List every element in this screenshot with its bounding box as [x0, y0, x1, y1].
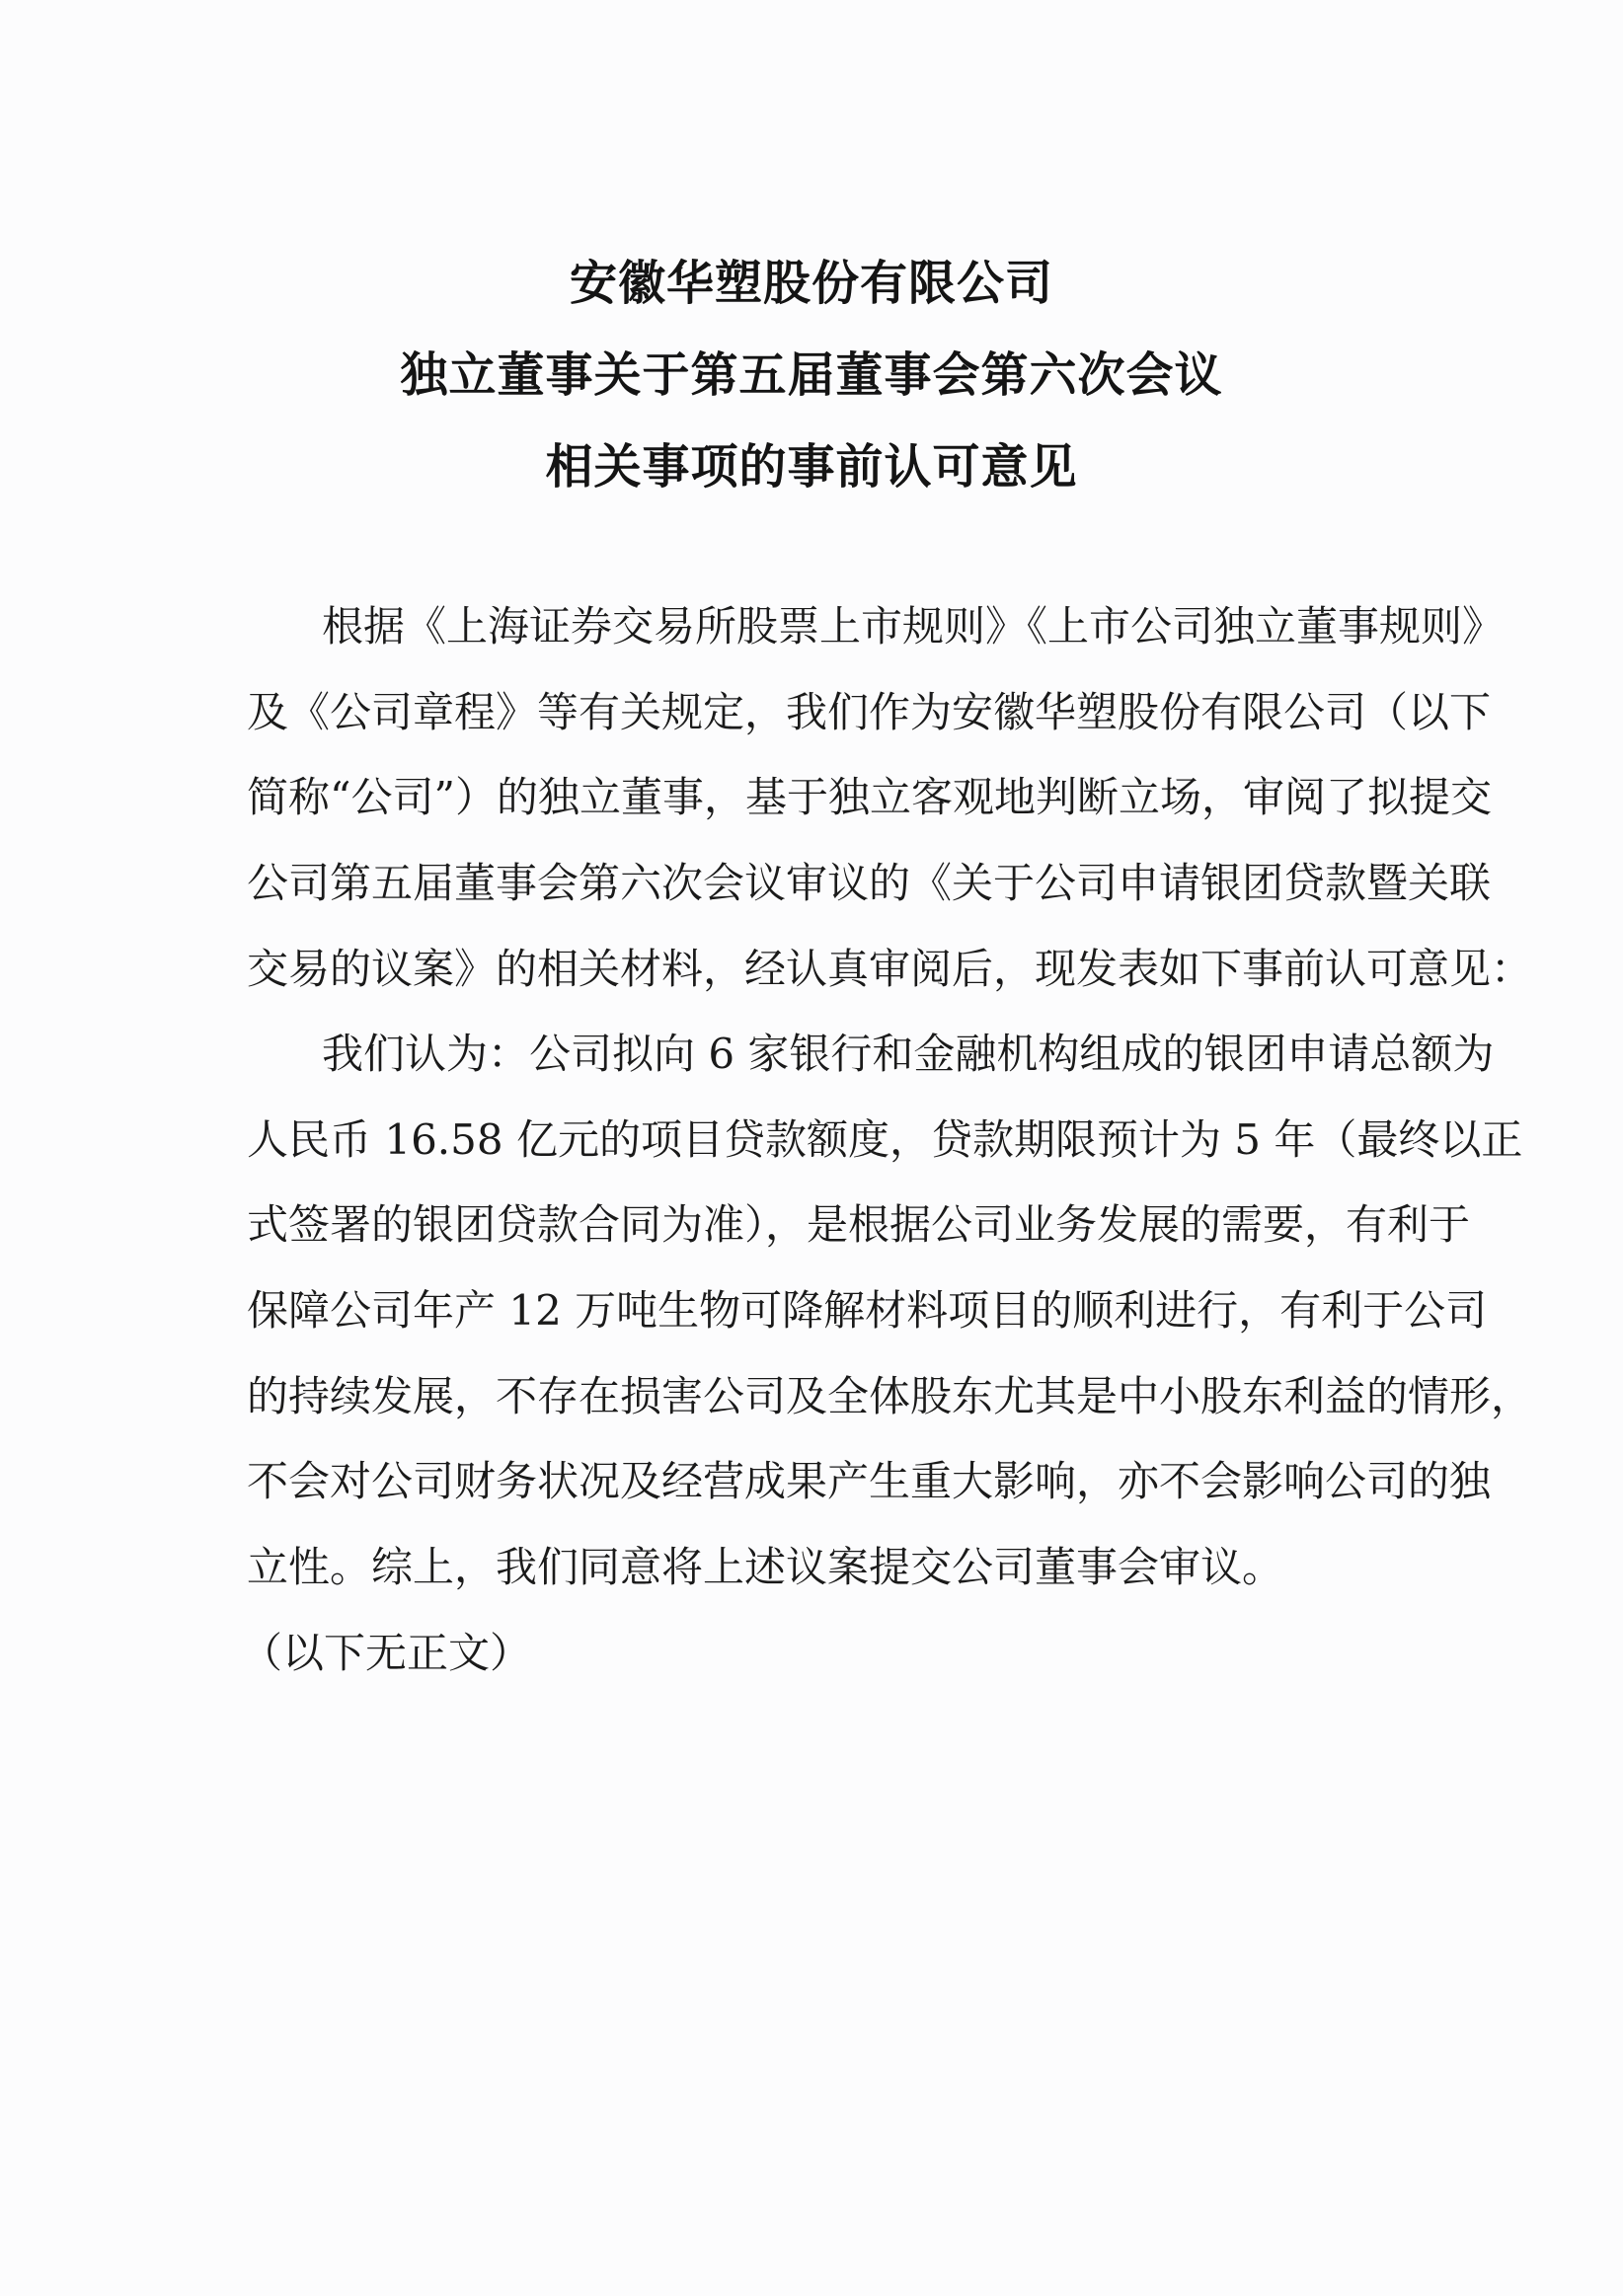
company-title: 安徽华塑股份有限公司 [0, 254, 1623, 313]
document-page: 安徽华塑股份有限公司 独立董事关于第五届董事会第六次会议 相关事项的事前认可意见… [0, 0, 1623, 2296]
paragraph-line: 简称“公司”）的独立董事，基于独立客观地判断立场，审阅了拟提交 [247, 770, 1374, 825]
paragraph-line: 不会对公司财务状况及经营成果产生重大影响，亦不会影响公司的独 [247, 1454, 1374, 1509]
document-title-line-3: 相关事项的事前认可意见 [0, 437, 1623, 497]
document-title-line-2: 独立董事关于第五届董事会第六次会议 [0, 345, 1623, 405]
paragraph-line: 及《公司章程》等有关规定，我们作为安徽华塑股份有限公司（以下 [247, 685, 1374, 740]
end-of-text-note: （以下无正文） [241, 1626, 1368, 1681]
paragraph-line: 人民币 16.58 亿元的项目贷款额度，贷款期限预计为 5 年（最终以正 [247, 1112, 1374, 1168]
paragraph-line: 立性。综上，我们同意将上述议案提交公司董事会审议。 [247, 1540, 1374, 1595]
paragraph-line: 交易的议案》的相关材料，经认真审阅后，现发表如下事前认可意见： [247, 942, 1374, 997]
paragraph-line: 的持续发展，不存在损害公司及全体股东尤其是中小股东利益的情形， [247, 1369, 1374, 1424]
paragraph-line: 根据《上海证券交易所股票上市规则》《上市公司独立董事规则》 [322, 599, 1374, 654]
paragraph-line: 式签署的银团贷款合同为准），是根据公司业务发展的需要，有利于 [247, 1197, 1374, 1253]
paragraph-line: 保障公司年产 12 万吨生物可降解材料项目的顺利进行，有利于公司 [247, 1283, 1374, 1339]
paragraph-line: 我们认为：公司拟向 6 家银行和金融机构组成的银团申请总额为 [322, 1027, 1374, 1082]
paragraph-line: 公司第五届董事会第六次会议审议的《关于公司申请银团贷款暨关联 [247, 856, 1374, 911]
